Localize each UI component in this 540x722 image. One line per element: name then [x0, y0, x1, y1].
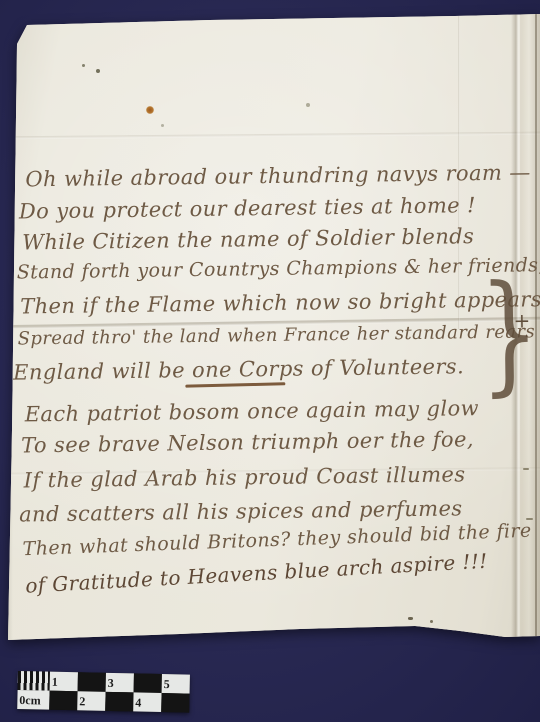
poem-line: If the glad Arab his proud Coast illumes: [23, 462, 465, 492]
photographic-scale-bar: 1 3 5 0cm 2 4: [17, 671, 190, 713]
scale-bar-label-5: 5: [162, 674, 190, 694]
poem-line: While Citizen the name of Soldier blends: [22, 224, 474, 254]
handwritten-poem: Oh while abroad our thundring navys roam…: [0, 0, 540, 722]
poem-line: To see brave Nelson triumph oer the foe,: [21, 427, 474, 457]
scale-bar-black-cell: [134, 673, 162, 693]
manuscript-sheet: Oh while abroad our thundring navys roam…: [0, 0, 540, 722]
ink-brace-mark: }: [479, 282, 540, 383]
scale-bar-label-1: 1: [50, 672, 78, 692]
scale-bar-label-3: 3: [106, 673, 134, 693]
scale-bar-black-cell: [78, 672, 106, 692]
poem-line: Spread thro' the land when France her st…: [18, 321, 536, 349]
poem-line: Then if the Flame which now so bright ap…: [20, 287, 540, 318]
manuscript-photo: Oh while abroad our thundring navys roam…: [0, 0, 540, 722]
photo-background: { "background_color": "#282852", "manusc…: [0, 0, 540, 722]
poem-line: and scatters all his spices and perfumes: [19, 496, 463, 526]
poem-line: Do you protect our dearest ties at home …: [19, 193, 476, 223]
poem-line: Oh while abroad our thundring navys roam…: [25, 160, 531, 191]
poem-line: Each patriot bosom once again may glow: [25, 396, 479, 426]
scale-bar-label-2: 2: [77, 691, 105, 711]
one-corps-underline: [185, 382, 285, 387]
scale-bar-black-cell: [105, 692, 133, 712]
scale-bar-black-cell: [161, 693, 189, 713]
scale-bar-stripes-cell: [18, 671, 50, 691]
scale-bar-label-0cm: 0cm: [17, 690, 49, 710]
poem-line: Stand forth your Countrys Champions & he…: [17, 254, 540, 283]
scale-bar-label-4: 4: [133, 692, 161, 712]
scale-bar-black-cell: [49, 691, 77, 711]
ink-cross-mark: +: [513, 308, 531, 332]
poem-line: England will be one Corps of Volunteers.: [13, 354, 464, 384]
